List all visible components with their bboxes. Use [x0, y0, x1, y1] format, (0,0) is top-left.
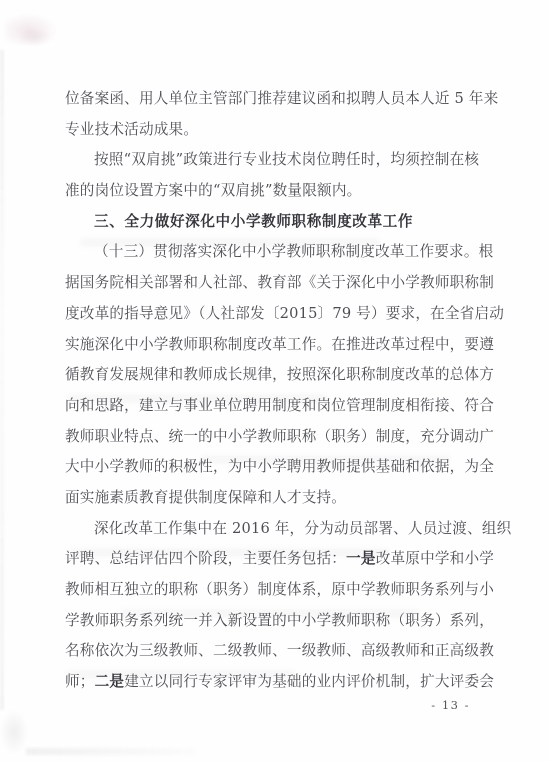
scan-smudge-top-left-2 [18, 28, 52, 46]
body-text: 实施深化中小学教师职称制度改革工作。在推进改革过程中，要遵 [65, 336, 494, 353]
text-line: 师；二是建立以同行专家评审为基础的业内评价机制，扩大评委会 [65, 667, 489, 698]
scan-smudge-top-left [4, 13, 58, 45]
document-body: 位备案函、用人单位主管部门推荐建议函和拟聘人员本人近 5 年来专业技术活动成果。… [65, 84, 489, 698]
text-line: （十三）贯彻落实深化中小学教师职称制度改革工作要求。根 [65, 237, 489, 268]
text-line: 循教育发展规律和教师成长规律，按照深化职称制度改革的总体方 [65, 360, 489, 391]
paragraph: 深化改革工作集中在 2016 年，分为动员部署、人员过渡、组织评聘、总结评估四个… [65, 514, 489, 698]
section-heading: 三、全力做好深化中小学教师职称制度改革工作 [65, 207, 489, 238]
text-line: 度改革的指导意见》（人社部发〔2015〕79 号）要求，在全省启动 [65, 299, 489, 330]
body-text: 专业技术活动成果。 [65, 121, 198, 138]
body-text: 教师相互独立的职称（职务）制度体系，原中学教师职务系列与小 [65, 581, 494, 598]
body-text: （十三）贯彻落实深化中小学教师职称制度改革工作要求。根 [94, 243, 493, 260]
body-text: 度改革的指导意见》（人社部发〔2015〕79 号）要求，在全省启动 [65, 305, 504, 322]
text-line: 大中小学教师的积极性，为中小学聘用教师提供基础和依据，为全 [65, 452, 489, 483]
body-text: 据国务院相关部署和人社部、教育部《关于深化中小学教师职称制 [65, 274, 494, 291]
body-text: 评聘、总结评估四个阶段，主要任务包括： [65, 550, 346, 567]
body-text: 位备案函、用人单位主管部门推荐建议函和拟聘人员本人近 5 年来 [65, 90, 498, 107]
body-text: 面实施素质教育提供制度保障和人才支持。 [65, 489, 346, 506]
paragraph: 按照“双肩挑”政策进行专业技术岗位聘任时，均须控制在核准的岗位设置方案中的“双肩… [65, 145, 489, 206]
body-text: 建立以同行专家评审为基础的业内评价机制，扩大评委会 [124, 673, 494, 690]
text-line: 教师相互独立的职称（职务）制度体系，原中学教师职务系列与小 [65, 575, 489, 606]
text-line: 面实施素质教育提供制度保障和人才支持。 [65, 483, 489, 514]
body-text: 按照“双肩挑”政策进行专业技术岗位聘任时，均须控制在核 [94, 151, 479, 168]
body-text: 大中小学教师的积极性，为中小学聘用教师提供基础和依据，为全 [65, 458, 494, 475]
body-text: 师； [65, 673, 95, 690]
text-line: 据国务院相关部署和人社部、教育部《关于深化中小学教师职称制 [65, 268, 489, 299]
body-text: 向和思路，建立与事业单位聘用制度和岗位管理制度相衔接、符合 [65, 397, 494, 414]
body-text: 循教育发展规律和教师成长规律，按照深化职称制度改革的总体方 [65, 366, 494, 383]
scan-smudge-bottom-left [0, 710, 28, 754]
text-line: 向和思路，建立与事业单位聘用制度和岗位管理制度相衔接、符合 [65, 391, 489, 422]
paragraph: 位备案函、用人单位主管部门推荐建议函和拟聘人员本人近 5 年来专业技术活动成果。 [65, 84, 489, 145]
text-line: 专业技术活动成果。 [65, 115, 489, 146]
text-line: 教师职业特点、统一的中小学教师职称（职务）制度，充分调动广 [65, 422, 489, 453]
page-number: - 13 - [431, 698, 470, 712]
text-line: 准的岗位设置方案中的“双肩挑”数量限额内。 [65, 176, 489, 207]
body-text: 改革原中学和小学 [376, 550, 494, 567]
text-line: 按照“双肩挑”政策进行专业技术岗位聘任时，均须控制在核 [65, 145, 489, 176]
text-line: 深化改革工作集中在 2016 年，分为动员部署、人员过渡、组织 [65, 514, 489, 545]
body-text: 学教师职务系列统一并入新设置的中小学教师职称（职务）系列， [65, 612, 494, 629]
scan-streak-left-edge [0, 50, 4, 710]
body-text: 准的岗位设置方案中的“双肩挑”数量限额内。 [65, 182, 361, 199]
text-line: 评聘、总结评估四个阶段，主要任务包括：一是改革原中学和小学 [65, 544, 489, 575]
body-text: 教师职业特点、统一的中小学教师职称（职务）制度，充分调动广 [65, 428, 494, 445]
text-line: 名称依次为三级教师、二级教师、一级教师、高级教师和正高级教 [65, 636, 489, 667]
emphasis-text: 三、全力做好深化中小学教师职称制度改革工作 [94, 213, 413, 230]
text-line: 三、全力做好深化中小学教师职称制度改革工作 [65, 207, 489, 238]
body-text: 深化改革工作集中在 2016 年，分为动员部署、人员过渡、组织 [94, 520, 511, 537]
text-line: 实施深化中小学教师职称制度改革工作。在推进改革过程中，要遵 [65, 330, 489, 361]
text-line: 位备案函、用人单位主管部门推荐建议函和拟聘人员本人近 5 年来 [65, 84, 489, 115]
document-page: 位备案函、用人单位主管部门推荐建议函和拟聘人员本人近 5 年来专业技术活动成果。… [0, 0, 550, 762]
scan-streak-bottom [26, 748, 196, 755]
body-text: 名称依次为三级教师、二级教师、一级教师、高级教师和正高级教 [65, 642, 494, 659]
emphasis-text: 一是 [346, 550, 376, 567]
paragraph: （十三）贯彻落实深化中小学教师职称制度改革工作要求。根据国务院相关部署和人社部、… [65, 237, 489, 513]
text-line: 学教师职务系列统一并入新设置的中小学教师职称（职务）系列， [65, 606, 489, 637]
emphasis-text: 二是 [95, 673, 125, 690]
